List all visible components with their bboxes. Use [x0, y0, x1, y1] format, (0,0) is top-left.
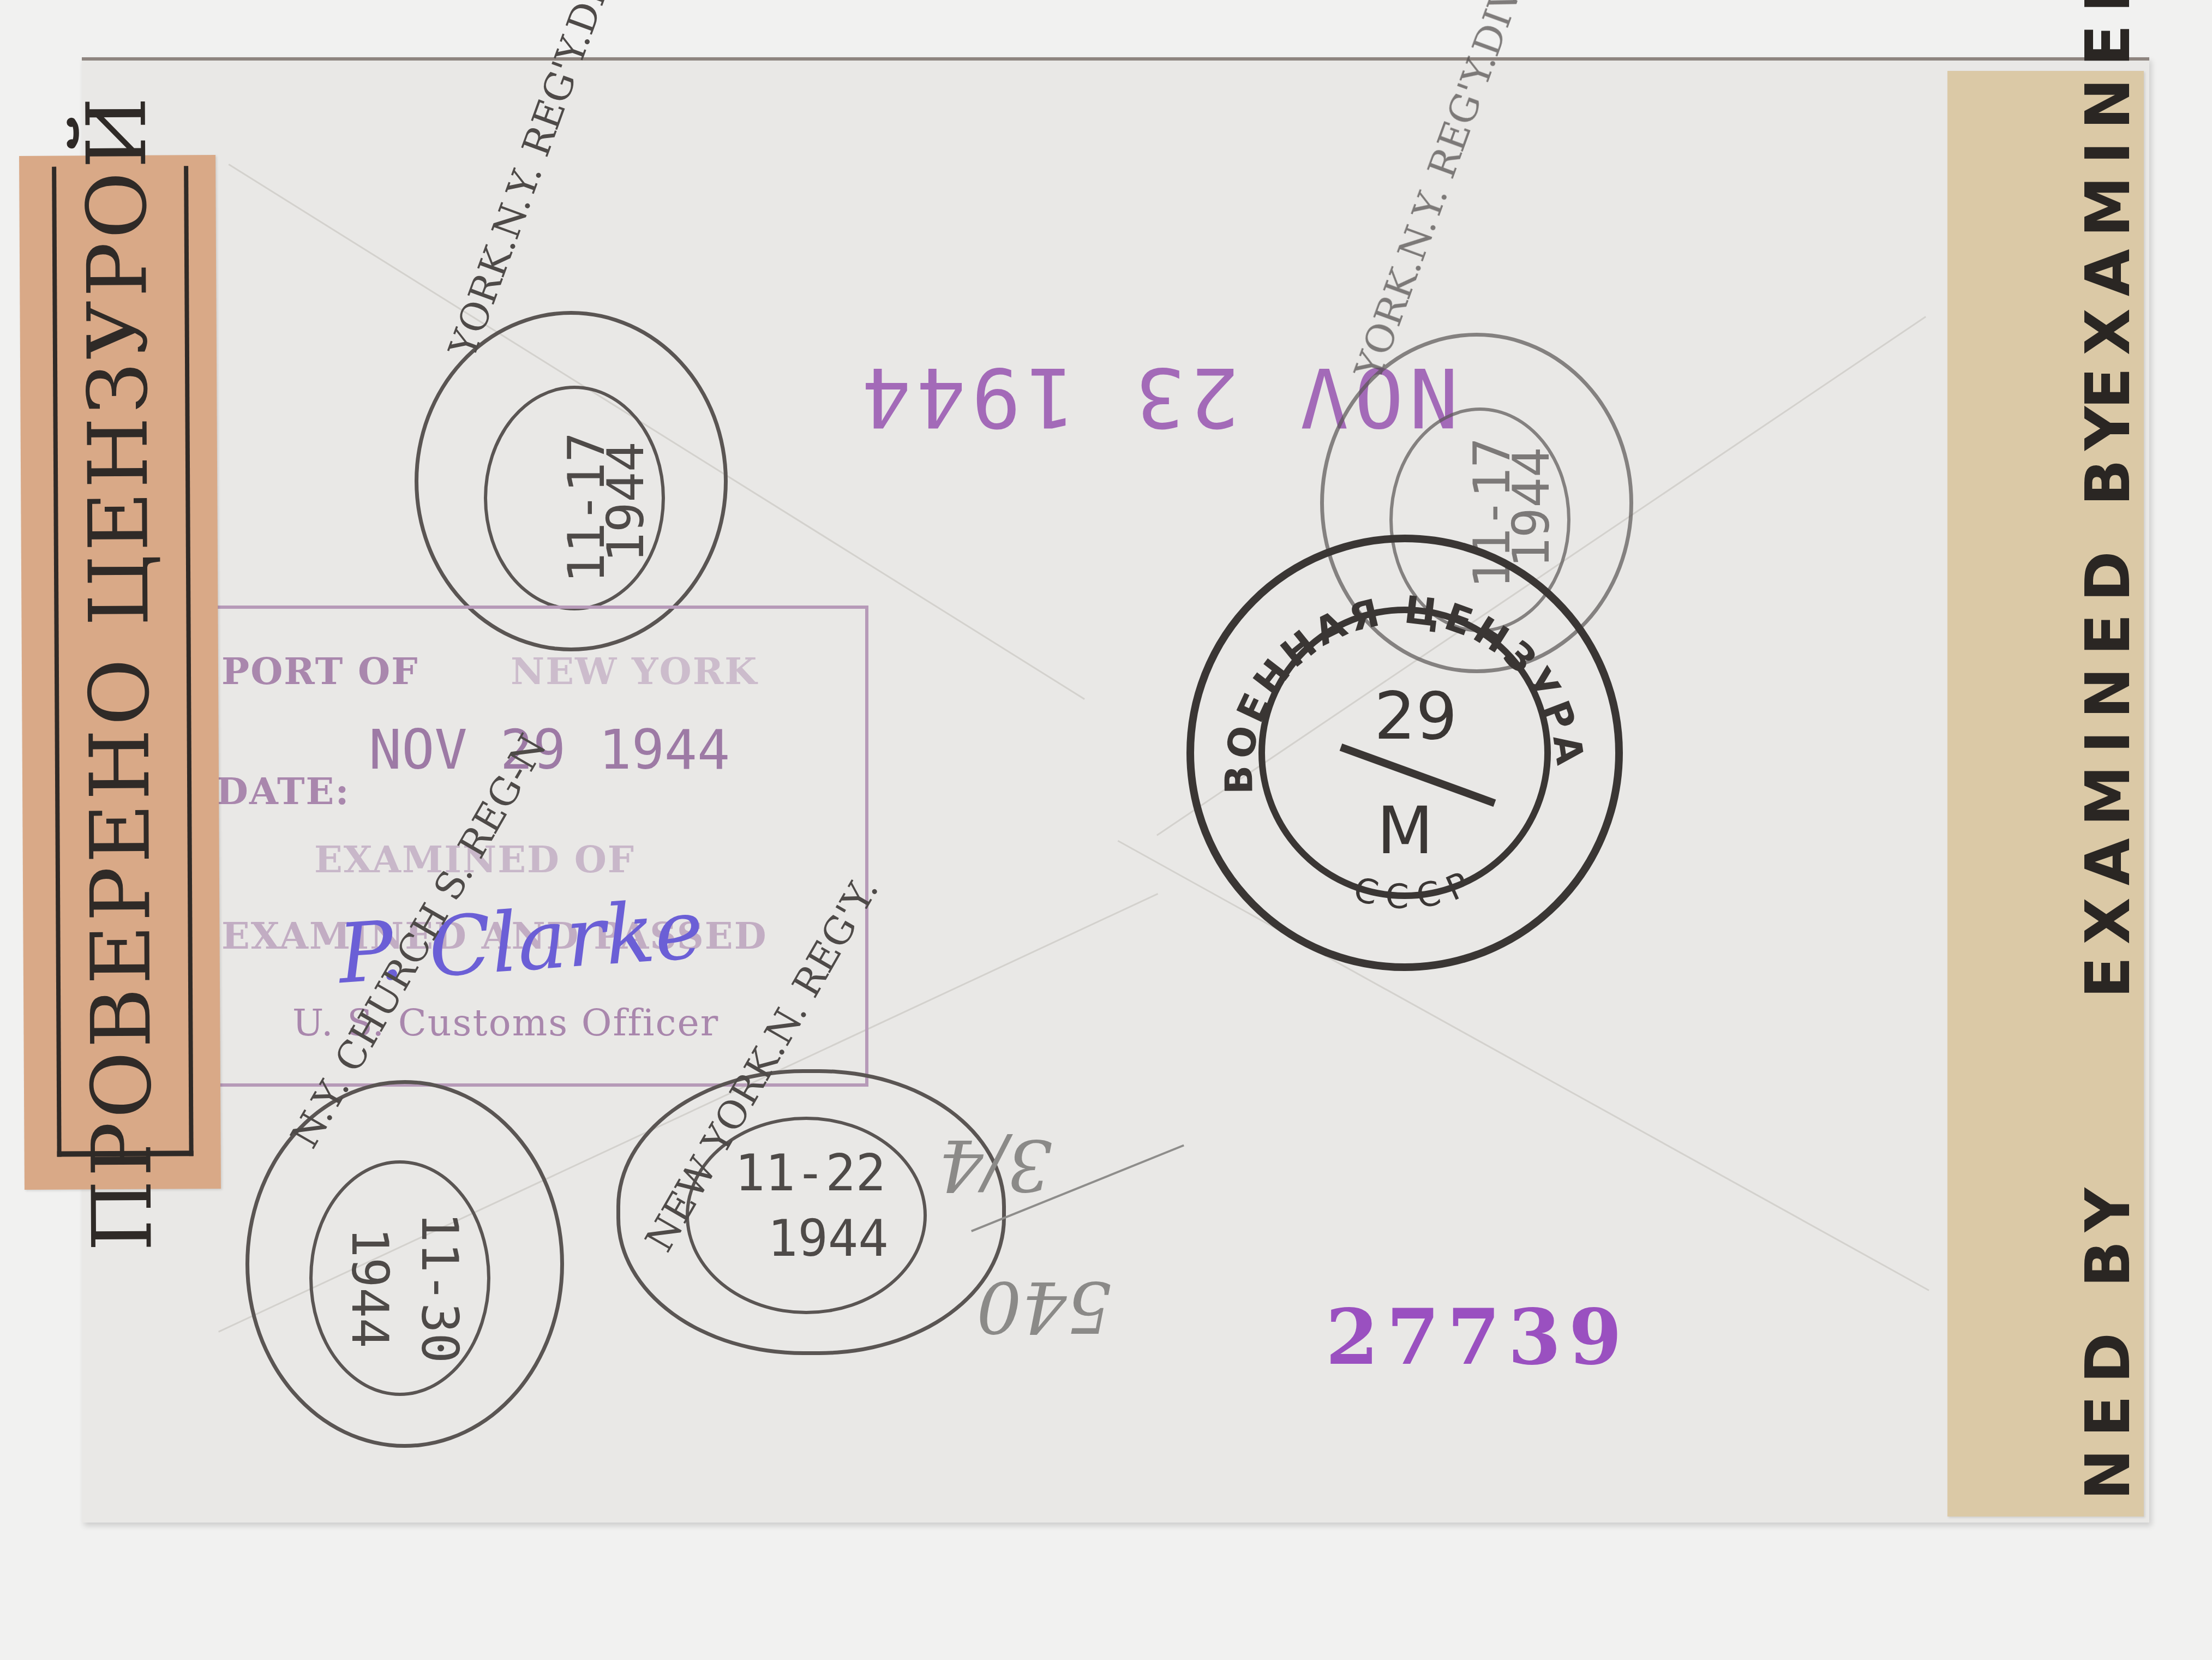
- us-censor-tape: NED BY EXAMINED BY EXAMINED BY: [1947, 71, 2144, 1517]
- tape-text-segment: NED BY: [2073, 1176, 2144, 1500]
- tape-text: ПРОВЕРЕНО ЦЕНЗУРОЙ: [69, 93, 170, 1251]
- ny-postmark-top-left: YORK.N.Y. REG'Y.DIV. 11-17 1944: [415, 311, 728, 651]
- censor-number: 29: [1374, 679, 1458, 754]
- censor-letter: M: [1377, 793, 1434, 869]
- pencil-note-bottom: 540: [976, 1266, 1112, 1349]
- soviet-censor-tape: ПРОВЕРЕНО ЦЕНЗУРОЙ: [19, 155, 221, 1190]
- pencil-note-top: 3/4: [938, 1124, 1052, 1207]
- ny-regy-postmark: NEW YORK.N. REG'Y. 11-22 1944: [616, 1069, 1006, 1355]
- tape-text-segment: EXAMINED BY: [2073, 0, 2144, 409]
- soviet-military-censor-stamp: ВОЕННАЯ ЦЕНЗУРА СССР 29 M: [1186, 535, 1623, 971]
- tape-text-segment: EXAMINED BY: [2073, 394, 2144, 998]
- church-st-postmark: N.Y. CHURCH S. REG-N 11-30 1944: [245, 1080, 564, 1448]
- registration-number: 27739: [1326, 1293, 1629, 1382]
